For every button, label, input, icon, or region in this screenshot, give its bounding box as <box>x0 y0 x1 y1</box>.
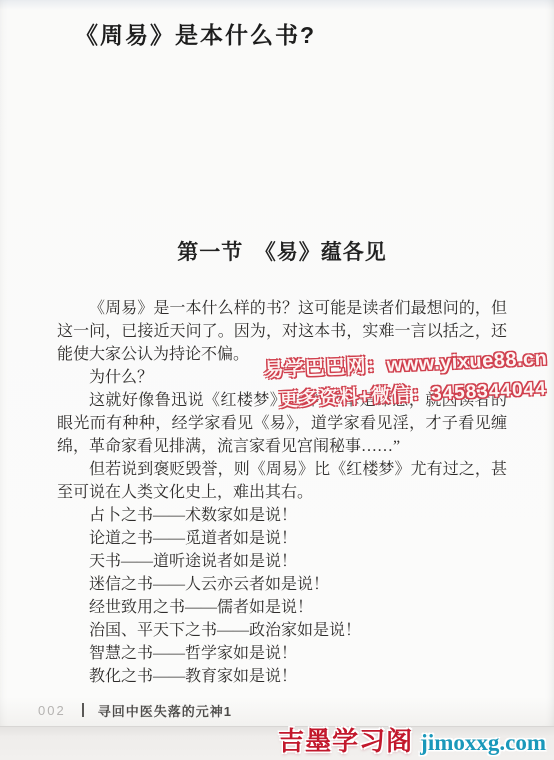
brand-site-url: jimoxxg.com <box>420 730 546 756</box>
bottom-branding-bar: 吉墨学习阁 jimoxxg.com <box>0 726 554 760</box>
section-heading: 第一节 《易》蕴各见 <box>57 236 507 266</box>
saying-line: 智慧之书——哲学家如是说！ <box>57 642 507 665</box>
book-page-scan: 《周易》是本什么书? 第一节 《易》蕴各见 《周易》是一本什么样的书？这可能是读… <box>0 0 554 726</box>
brand-site-name: 吉墨学习阁 <box>278 721 413 758</box>
book-title: 寻回中医失落的元神1 <box>98 701 232 720</box>
saying-line: 占卜之书——术数家如是说！ <box>57 504 507 527</box>
body-text: 《周易》是一本什么样的书？这可能是读者们最想问的，但这一问，已接近天问了。因为，… <box>57 297 507 688</box>
saying-line: 经世致用之书——儒者如是说！ <box>57 596 507 619</box>
saying-line: 教化之书——教育家如是说！ <box>57 665 507 688</box>
page-footer: 002 寻回中医失落的元神1 <box>38 701 232 719</box>
saying-line: 迷信之书——人云亦云者如是说！ <box>57 573 507 596</box>
footer-divider <box>82 703 84 717</box>
page-container: 《周易》是本什么书? 第一节 《易》蕴各见 《周易》是一本什么样的书？这可能是读… <box>0 0 554 760</box>
saying-line: 天书——道听途说者如是说！ <box>57 550 507 573</box>
saying-line: 论道之书——觅道者如是说！ <box>57 527 507 550</box>
sayings-list: 占卜之书——术数家如是说！ 论道之书——觅道者如是说！ 天书——道听途说者如是说… <box>57 504 507 688</box>
body-paragraph: 为什么？ <box>57 366 507 389</box>
brand-logo: 吉墨学习阁 jimoxxg.com <box>278 721 546 758</box>
page-number: 002 <box>38 703 66 718</box>
chapter-title: 《周易》是本什么书? <box>75 17 316 50</box>
body-paragraph: 这就好像鲁迅说《红楼梦》一样：“单是命意，就因读者的眼光而有种种，经学家看见《易… <box>57 389 507 458</box>
saying-line: 治国、平天下之书——政治家如是说！ <box>57 619 507 642</box>
body-paragraph: 《周易》是一本什么样的书？这可能是读者们最想问的，但这一问，已接近天问了。因为，… <box>57 297 507 366</box>
body-paragraph: 但若说到褒贬毁誉，则《周易》比《红楼梦》尤有过之，甚至可说在人类文化史上，难出其… <box>57 458 507 504</box>
